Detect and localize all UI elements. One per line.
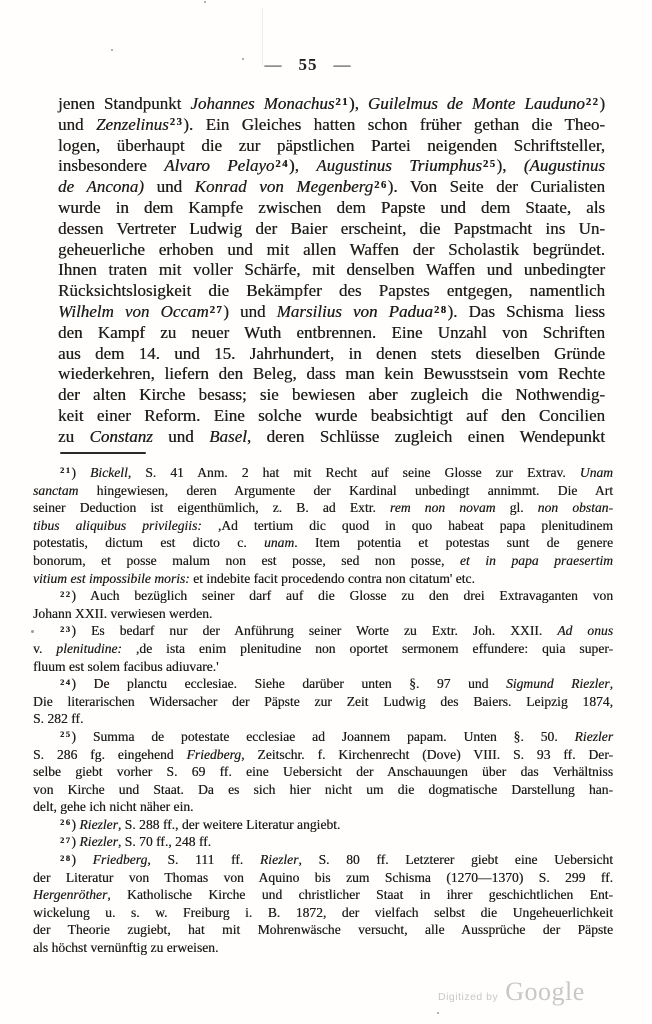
scan-streak [262,8,263,66]
text-segment: als höchst vernünftig zu erweisen. [33,940,218,955]
text-line: 28) Friedberg, S. 111 ff. Riezler, S. 80… [33,851,613,869]
text-segment: Bickell [90,465,128,480]
text-segment: delt, gehe ich nicht näher ein. [33,799,193,814]
text-line: 21) Bickell, S. 41 Anm. 2 hat mit Recht … [33,464,613,482]
text-segment: , S. 70 ff., 248 ff. [118,834,211,849]
google-logo: Google [505,977,585,1007]
text-segment: geheuerliche erhoben und mit allen Waffe… [58,240,605,259]
text-segment: Unam [580,465,613,480]
text-line: de Ancona) und Konrad von Megenberg26). … [58,177,605,198]
text-line: geheuerliche erhoben und mit allen Waffe… [58,240,605,261]
text-segment: der Theorie zugiebt, hat mit Mohrenwäsch… [33,922,613,937]
text-segment: aus dem 14. und 15. Jahrhundert, in dene… [58,344,605,363]
text-segment: , S. 80 ff. Letzterer giebt eine Uebersi… [298,852,613,867]
text-segment: potestatis, dictum est dicto c. [33,535,264,550]
footnote-ref: 26 [374,180,388,191]
text-line: bonorum, et posse malum non est posse, s… [33,552,613,570]
text-line: 25) Summa de potestate ecclesiae ad Joan… [33,728,613,746]
footnotes-text: 21) Bickell, S. 41 Anm. 2 hat mit Recht … [33,464,613,957]
text-segment: wurde in dem Kampfe zwischen dem Papste … [58,198,605,217]
text-segment: vitium est impossibile moris: [33,571,190,586]
text-segment: plenitudine: [56,641,122,656]
text-segment: Zenzelinus [96,115,169,134]
text-segment: ) Es bedarf nur der Anführung seiner Wor… [71,623,557,638]
text-line: Hergenröther, Katholische Kirche und chr… [33,886,613,904]
footnote-ref: 22 [60,589,71,599]
text-segment: den Kampf zu neuer Wuth entbrennen. Eine… [58,323,605,342]
text-segment: ) [71,465,90,480]
text-segment: et indebite facit procedendo contra non … [190,571,475,586]
text-line: wickelung u. s. w. Freiburg i. B. 1872, … [33,904,613,922]
text-segment: ). Von Seite der Curialisten [388,177,605,196]
text-segment: ), [289,156,316,175]
text-segment: . Item potentia et potestas sunt de gene… [294,535,613,550]
footnote-ref: 24 [275,159,289,170]
scanned-book-page: —55— jenen Standpunkt Johannes Monachus2… [0,0,652,1024]
text-segment: logen, überhaupt die zur päpstlichen Par… [58,136,605,155]
text-line: sanctam hingewiesen, deren Argumente der… [33,482,613,500]
text-segment: , Zeitschr. f. Kirchenrecht (Dove) VIII.… [241,747,613,762]
text-segment: bonorum, et posse malum non est posse, s… [33,553,460,568]
text-segment: Friedberg [93,852,148,867]
page-number-value: 55 [299,55,318,74]
text-segment: ). Ein Gleiches hatten schon früher geth… [183,115,605,134]
footnote-ref: 23 [170,117,184,128]
text-line: delt, gehe ich nicht näher ein. [33,798,613,816]
text-segment: Johannes Monachus [190,94,334,113]
text-segment: von Kirche und Staat. Da es sich hier ni… [33,782,613,797]
text-segment: , S. 111 ff. [147,852,260,867]
text-line: der Theorie zugiebt, hat mit Mohrenwäsch… [33,921,613,939]
text-segment: v. [33,641,56,656]
text-segment: Ad onus [557,623,613,638]
text-segment: Constanz [89,427,152,446]
text-segment: S. 282 ff. [33,711,83,726]
text-line: als höchst vernünftig zu erweisen. [33,939,613,957]
text-segment: non obstan- [538,500,613,515]
text-segment: Sigmund Riezler [506,676,610,691]
text-segment: Basel [209,427,247,446]
text-line: der alten Kirche besass; sie bewiesen ab… [58,385,605,406]
text-line: wiederkehren, liefern den Beleg, dass ma… [58,364,605,385]
text-line: S. 286 fg. eingehend Friedberg, Zeitschr… [33,746,613,764]
text-segment: Wilhelm von Occam [58,302,209,321]
footnote-ref: 22 [586,97,600,108]
text-segment: ), [496,156,523,175]
ink-speck [204,1,206,3]
footnote-separator [60,452,146,454]
text-segment: und [144,177,195,196]
text-line: Johann XXII. verwiesen werden. [33,605,613,623]
text-segment: ) [71,852,92,867]
text-segment: Konrad von Megenberg [195,177,373,196]
text-segment: ,de ista enim plenitudine non oportet se… [122,641,613,656]
footnote-ref: 27 [60,835,71,845]
text-segment: Riezler [79,834,118,849]
text-segment: jenen Standpunkt [58,94,190,113]
text-segment: Alvaro Pelayo [164,156,274,175]
text-line: selbe giebt vorher S. 69 ff. eine Uebers… [33,763,613,781]
text-segment: ,Ad tertium dic quod in quo habeat papa … [202,518,613,533]
text-segment: Riezler [574,729,613,744]
watermark: Digitized by Google [438,977,585,1007]
ink-speck [242,58,244,60]
text-segment: tibus aliquibus privilegiis: [33,518,202,533]
text-line: S. 282 ff. [33,710,613,728]
text-segment: , S. 41 Anm. 2 hat mit Recht auf seine G… [128,465,580,480]
footnote-ref: 27 [210,305,224,316]
body-text: jenen Standpunkt Johannes Monachus21), G… [58,94,605,448]
text-line: v. plenitudine: ,de ista enim plenitudin… [33,640,613,658]
text-segment: Friedberg [186,747,241,762]
text-line: 24) De planctu ecclesiae. Siehe darüber … [33,675,613,693]
text-segment: sanctam [33,483,78,498]
text-segment: seiner Deduction ist eigenthümlich, z. B… [33,500,390,515]
text-segment: gl. [495,500,537,515]
text-line: Rücksichtslosigkeit die Bekämpfer des Pa… [58,281,605,302]
ink-speck [437,1012,439,1014]
text-segment: Johann XXII. verwiesen werden. [33,606,212,621]
text-segment: fluum est solem facibus adiuvare.' [33,659,219,674]
footnote-ref: 25 [483,159,497,170]
text-segment: Rücksichtslosigkeit die Bekämpfer des Pa… [58,281,605,300]
text-segment: Hergenröther [33,887,107,902]
text-line: 26) Riezler, S. 288 ff., der weitere Lit… [33,816,613,834]
text-line: 27) Riezler, S. 70 ff., 248 ff. [33,833,613,851]
text-segment: keit einer Reform. Eine solche wurde bea… [58,406,605,425]
text-segment: Ihnen traten mit voller Schärfe, mit den… [58,260,605,279]
page-number-dash-right: — [334,55,352,74]
text-line: logen, überhaupt die zur päpstlichen Par… [58,136,605,157]
text-segment: ), [349,94,368,113]
text-line: seiner Deduction ist eigenthümlich, z. B… [33,499,613,517]
text-line: tibus aliquibus privilegiis: ,Ad tertium… [33,517,613,535]
text-line: 23) Es bedarf nur der Anführung seiner W… [33,622,613,640]
footnote-ref: 24 [60,677,71,687]
footnote-ref: 28 [434,305,448,316]
text-segment: Die literarischen Widersacher der Päpste… [33,694,613,709]
footnote-ref: 21 [335,97,349,108]
text-segment: und [153,427,209,446]
text-segment: wiederkehren, liefern den Beleg, dass ma… [58,364,605,383]
text-segment: ) Auch bezüglich seiner darf auf die Glo… [71,588,613,603]
text-line: von Kirche und Staat. Da es sich hier ni… [33,781,613,799]
text-segment: Marsilius von Padua [277,302,433,321]
text-line: Wilhelm von Occam27) und Marsilius von P… [58,302,605,323]
text-segment: (Augustinus [524,156,605,175]
text-segment: dessen Vertreter Ludwig der Baier ersche… [58,219,605,238]
page-number: —55— [58,55,558,75]
text-line: vitium est impossibile moris: et indebit… [33,570,613,588]
footnote-ref: 25 [60,729,71,739]
text-segment: insbesondere [58,156,164,175]
text-line: zu Constanz und Basel, deren Schlüsse zu… [58,427,605,448]
digitized-by-text: Digitized by [438,991,498,1003]
text-segment: et in papa praesertim [460,553,613,568]
text-segment: der Literatur von Thomas von Aquino bis … [33,870,613,885]
text-line: wurde in dem Kampfe zwischen dem Papste … [58,198,605,219]
text-segment: de Ancona) [58,177,144,196]
text-segment: unam [264,535,294,550]
text-segment: der alten Kirche besass; sie bewiesen ab… [58,385,605,404]
ink-speck [111,49,113,51]
text-segment: Riezler [79,817,118,832]
text-segment: , [610,676,613,691]
text-segment: S. 286 fg. eingehend [33,747,186,762]
text-segment: ) De planctu ecclesiae. Siehe darüber un… [71,676,506,691]
text-segment: hingewiesen, deren Argumente der Kardina… [78,483,613,498]
text-segment: ) und [223,302,276,321]
text-segment: ) Summa de potestate ecclesiae ad Joanne… [71,729,574,744]
text-line: 22) Auch bezüglich seiner darf auf die G… [33,587,613,605]
text-line: den Kampf zu neuer Wuth entbrennen. Eine… [58,323,605,344]
text-line: potestatis, dictum est dicto c. unam. It… [33,534,613,552]
text-segment: und [58,115,96,134]
ink-speck [31,630,34,633]
text-segment: zu [58,427,89,446]
text-line: und Zenzelinus23). Ein Gleiches hatten s… [58,115,605,136]
footnote-ref: 28 [60,853,71,863]
text-segment: wickelung u. s. w. Freiburg i. B. 1872, … [33,905,613,920]
text-line: dessen Vertreter Ludwig der Baier ersche… [58,219,605,240]
text-line: insbesondere Alvaro Pelayo24), Augustinu… [58,156,605,177]
text-segment: , Katholische Kirche und christlicher St… [107,887,613,902]
text-line: Ihnen traten mit voller Schärfe, mit den… [58,260,605,281]
text-line: jenen Standpunkt Johannes Monachus21), G… [58,94,605,115]
text-line: der Literatur von Thomas von Aquino bis … [33,869,613,887]
text-line: Die literarischen Widersacher der Päpste… [33,693,613,711]
text-segment: rem non novam [390,500,496,515]
text-segment: Augustinus Triumphus [316,156,482,175]
footnote-ref: 21 [60,465,71,475]
text-segment: , S. 288 ff., der weitere Literatur angi… [118,817,340,832]
footnote-ref: 23 [60,624,71,634]
text-line: keit einer Reform. Eine solche wurde bea… [58,406,605,427]
text-segment: ) [599,94,605,113]
text-segment: Guilelmus de Monte Lauduno [368,94,585,113]
text-segment: selbe giebt vorher S. 69 ff. eine Uebers… [33,764,613,779]
text-segment: Riezler [260,852,299,867]
page-number-dash-left: — [265,55,283,74]
footnote-ref: 26 [60,817,71,827]
text-segment: , deren Schlüsse zugleich einen Wendepun… [247,427,605,446]
text-line: aus dem 14. und 15. Jahrhundert, in dene… [58,344,605,365]
text-segment: ). Das Schisma liess [447,302,605,321]
text-line: fluum est solem facibus adiuvare.' [33,658,613,676]
